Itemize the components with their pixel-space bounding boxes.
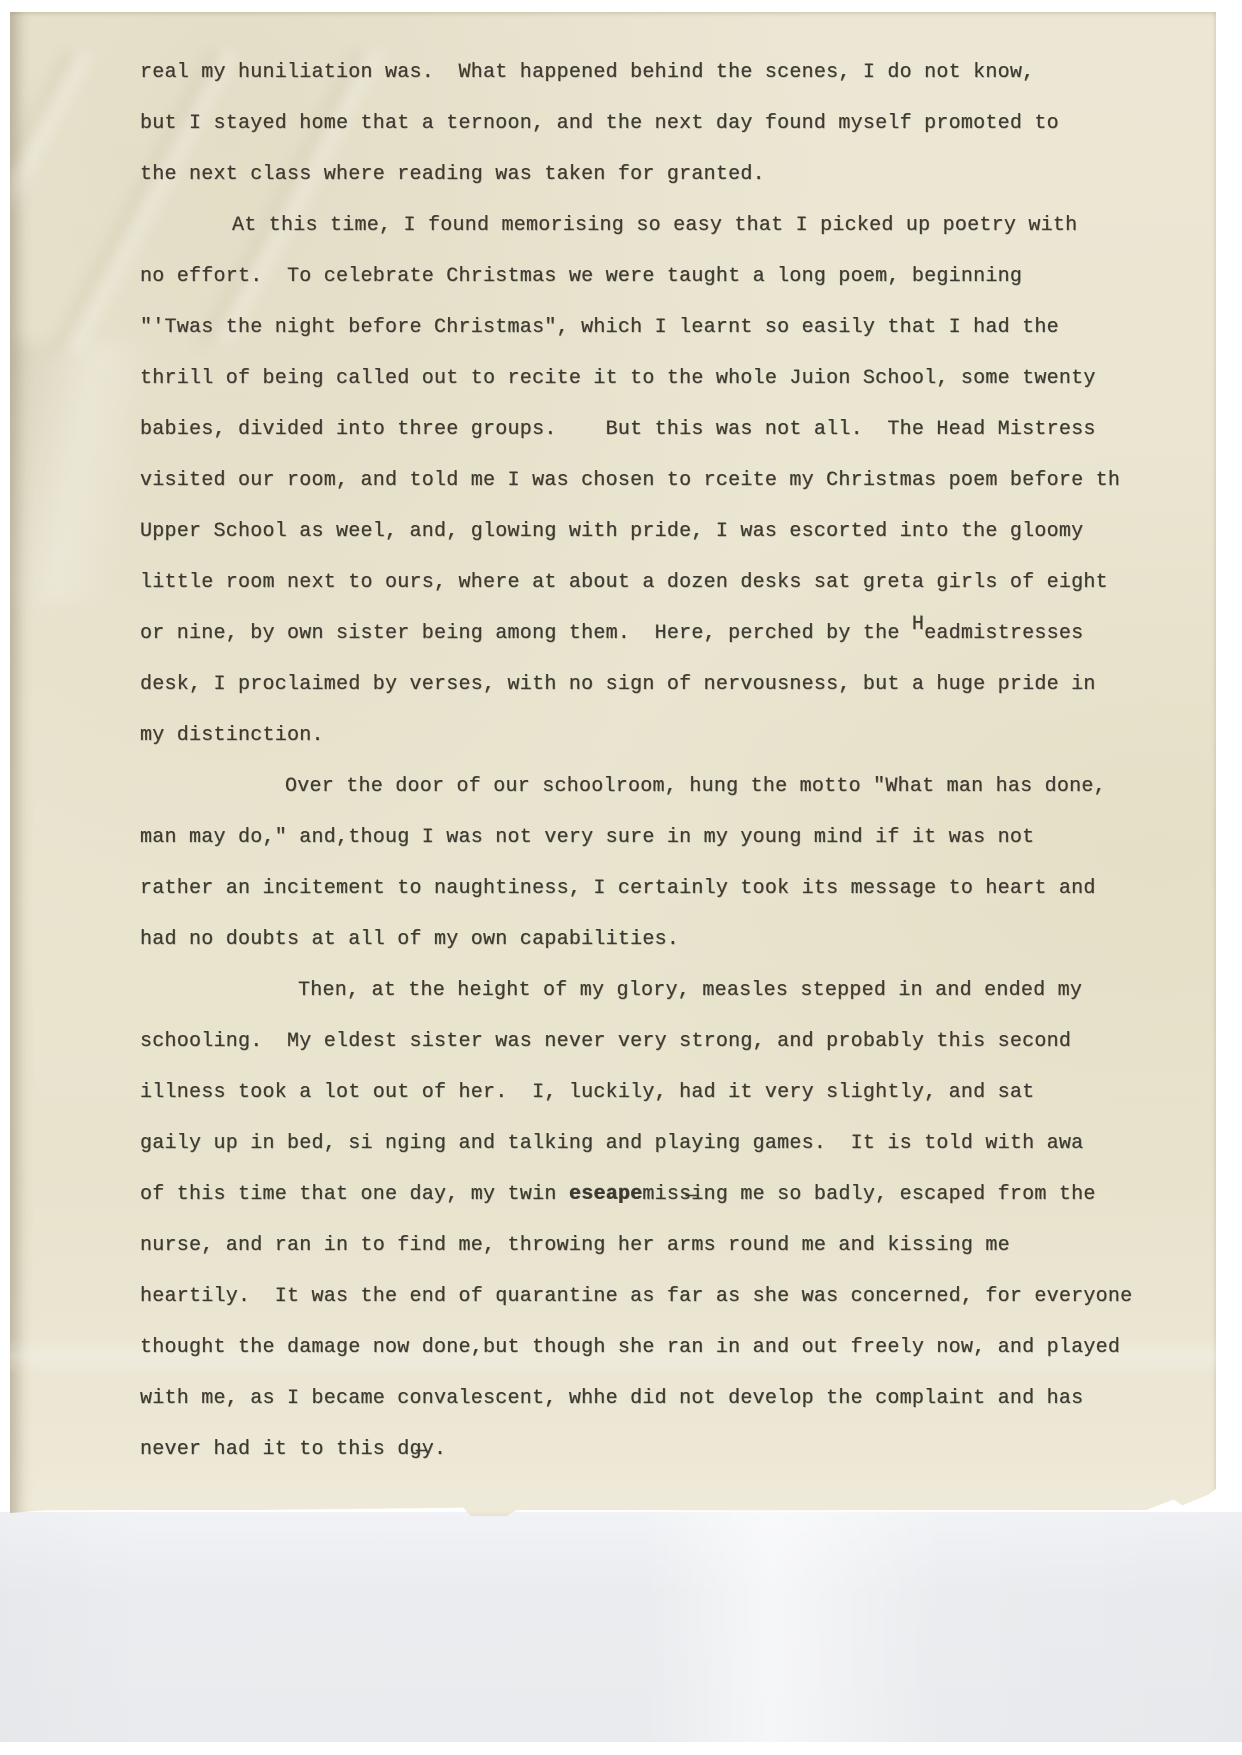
under-sheet-page xyxy=(0,1512,1242,1742)
typed-line: but I stayed home that a ternoon, and th… xyxy=(140,98,1196,149)
typed-line: real my huniliation was. What happened b… xyxy=(140,47,1196,98)
typed-line: babies, divided into three groups. But t… xyxy=(140,404,1196,455)
paper-crease-left xyxy=(10,342,160,602)
typed-text-block: real my huniliation was. What happened b… xyxy=(140,47,1196,1475)
typed-line: little room next to ours, where at about… xyxy=(140,557,1196,608)
typed-line: of this time that one day, my twin eseap… xyxy=(140,1169,1196,1220)
typed-segment: of this time that one day, my twin xyxy=(140,1183,569,1206)
typed-line: man may do," and,thoug I was not very su… xyxy=(140,812,1196,863)
typed-line: my distinction. xyxy=(140,710,1196,761)
typed-line-paragraph-start: Then, at the height of my glory, measles… xyxy=(140,965,1196,1016)
typed-segment: eadmistresses xyxy=(924,622,1083,645)
typed-line: schooling. My eldest sister was never ve… xyxy=(140,1016,1196,1067)
typed-line: illness took a lot out of her. I, luckil… xyxy=(140,1067,1196,1118)
typed-line: no effort. To celebrate Christmas we wer… xyxy=(140,251,1196,302)
typed-segment: or nine, by own sister being among them.… xyxy=(140,622,912,645)
typed-line: rather an incitement to naughtiness, I c… xyxy=(140,863,1196,914)
typed-line: visited our room, and told me I was chos… xyxy=(140,455,1196,506)
typed-line: with me, as I became convalescent, whhe … xyxy=(140,1373,1196,1424)
raised-capital-h: H xyxy=(912,613,924,636)
typed-line: never had it to this dg̶y. xyxy=(140,1424,1196,1475)
typed-line: thrill of being called out to recite it … xyxy=(140,353,1196,404)
typed-line-paragraph-start: At this time, I found memorising so easy… xyxy=(140,200,1196,251)
scanned-page: real my huniliation was. What happened b… xyxy=(10,12,1216,1516)
typed-line: "'Twas the night before Christmas", whic… xyxy=(140,302,1196,353)
typed-line: Upper School as weel, and, glowing with … xyxy=(140,506,1196,557)
typed-line: the next class where reading was taken f… xyxy=(140,149,1196,200)
overtyped-word: eseape xyxy=(569,1183,643,1206)
typed-segment: miss̶ing me so badly, escaped from the xyxy=(642,1183,1095,1206)
typed-line: desk, I proclaimed by verses, with no si… xyxy=(140,659,1196,710)
typed-line: gaily up in bed, si nging and talking an… xyxy=(140,1118,1196,1169)
typed-line-paragraph-start: Over the door of our schoolroom, hung th… xyxy=(140,761,1196,812)
typed-line: nurse, and ran in to find me, throwing h… xyxy=(140,1220,1196,1271)
typed-line: heartily. It was the end of quarantine a… xyxy=(140,1271,1196,1322)
typed-line: had no doubts at all of my own capabilit… xyxy=(140,914,1196,965)
typed-line: or nine, by own sister being among them.… xyxy=(140,608,1196,659)
typed-line: thought the damage now done,but though s… xyxy=(140,1322,1196,1373)
